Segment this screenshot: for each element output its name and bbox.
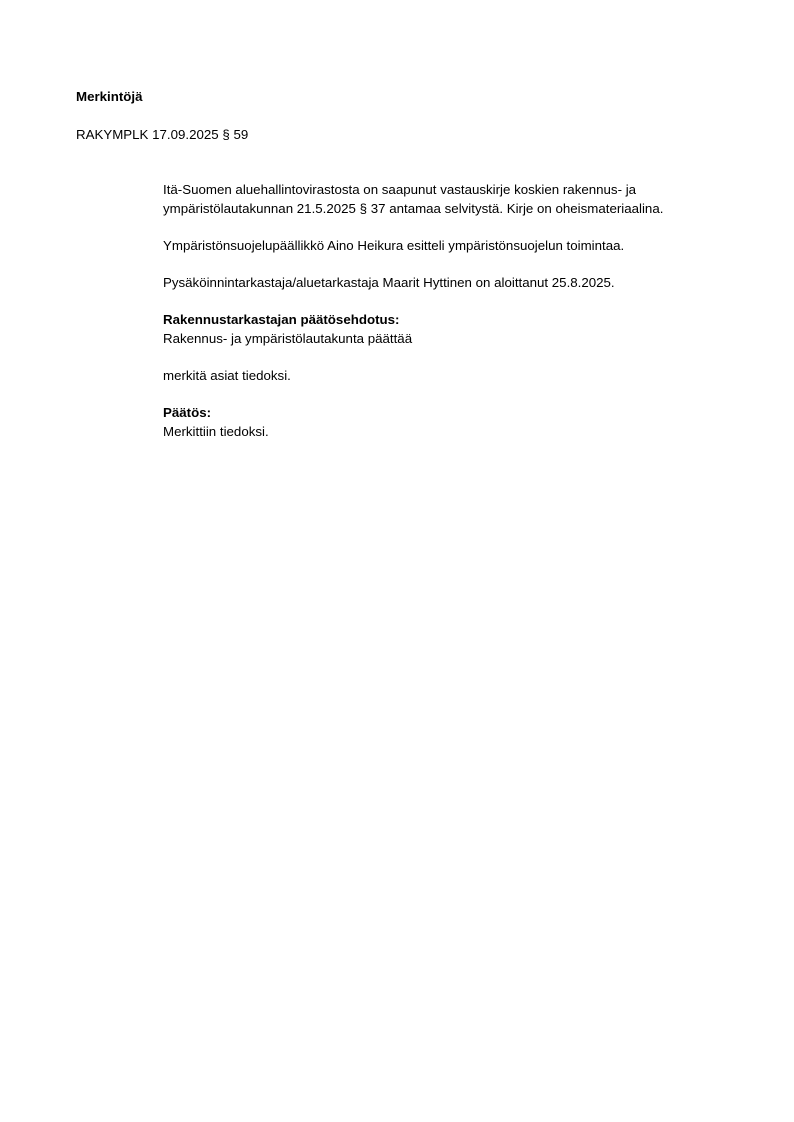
decision-text: Merkittiin tiedoksi. — [163, 423, 269, 441]
proposal-text: Rakennus- ja ympäristölautakunta päättää — [163, 330, 412, 348]
paragraph-line: Ympäristönsuojelupäällikkö Aino Heikura … — [163, 237, 624, 255]
paragraph-line: ympäristölautakunnan 21.5.2025 § 37 anta… — [163, 200, 663, 218]
proposal-heading: Rakennustarkastajan päätösehdotus: — [163, 311, 399, 329]
paragraph-line: Itä-Suomen aluehallintovirastosta on saa… — [163, 181, 636, 199]
document-heading: Merkintöjä — [76, 88, 143, 106]
decision-heading: Päätös: — [163, 404, 211, 422]
proposal-text: merkitä asiat tiedoksi. — [163, 367, 291, 385]
paragraph-line: Pysäköinnintarkastaja/aluetarkastaja Maa… — [163, 274, 615, 292]
meeting-reference: RAKYMPLK 17.09.2025 § 59 — [76, 126, 248, 144]
